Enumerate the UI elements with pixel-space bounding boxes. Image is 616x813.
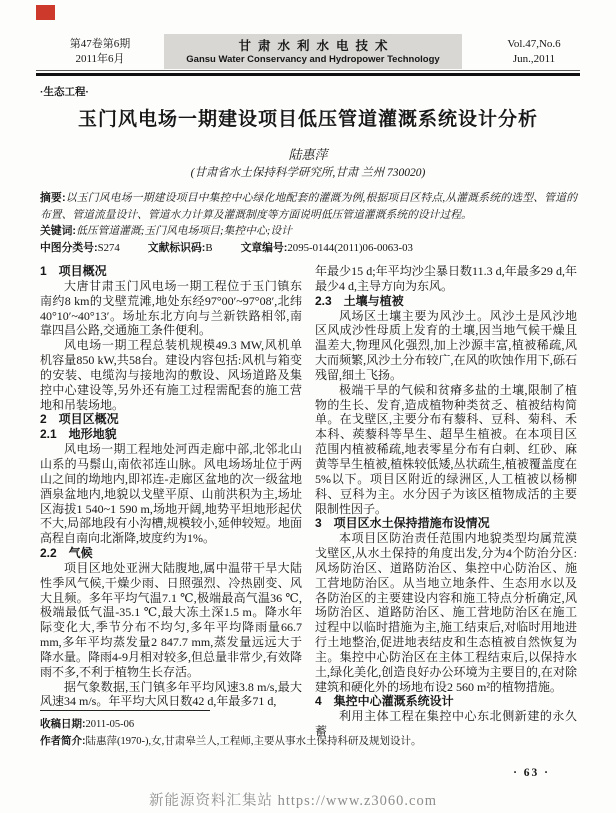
page-number: · 63 · — [513, 767, 550, 779]
journal-name-band: 甘肃水利水电技术 Gansu Water Conservancy and Hyd… — [164, 34, 462, 69]
doc-code-value: B — [205, 242, 212, 254]
section-heading: 3 项目区水土保持措施布设情况 — [315, 516, 577, 531]
abstract-label: 摘要: — [40, 192, 66, 204]
section-heading: 2.3 土壤与植被 — [315, 294, 577, 309]
footnote: 收稿日期:2011-05-06 作者简介:陆惠萍(1970-),女,甘肃皋兰人,… — [40, 710, 577, 750]
body-paragraph: 据气象数据,玉门镇多年平均风速3.8 m/s,最大风速34 m/s。年平均大风日… — [40, 680, 302, 710]
body-paragraph: 年最少15 d;年平均沙尘暴日数11.3 d,年最多29 d,年最少4 d,主导… — [315, 264, 577, 294]
section-heading: 2 项目区概况 — [40, 412, 302, 427]
doc-code-label: 文献标识码: — [148, 242, 206, 254]
issue-info: 第47卷第6期 2011年6月 — [36, 34, 164, 69]
section-heading: 2.2 气候 — [40, 546, 302, 561]
watermark-link[interactable]: 新能源资料汇集站 https://www.z3060.com — [0, 789, 616, 810]
article-author: 陆惠萍 — [0, 144, 616, 163]
right-column: 年最少15 d;年平均沙尘暴日数11.3 d,年最多29 d,年最少4 d,主导… — [315, 264, 577, 739]
classification-line: 中图分类号:S274文献标识码:B文章编号:2095-0144(2011)06-… — [40, 240, 577, 257]
article-title: 玉门风电场一期建设项目低压管道灌溉系统设计分析 — [0, 104, 616, 131]
header-rule-thick — [36, 73, 580, 76]
issue-volume: 第47卷第6期 — [36, 37, 164, 52]
clc-value: S274 — [98, 242, 120, 254]
received-value: 2011-05-06 — [86, 719, 135, 730]
body-paragraph: 风电场一期工程地处河西走廊中部,北邻北山山系的马鬃山,南依祁连山脉。风电场场址位… — [40, 442, 302, 546]
left-column: 1 项目概况 大唐甘肃玉门风电场一期工程位于玉门镇东南约8 km的戈壁荒滩,地处… — [40, 264, 302, 739]
keywords-label: 关键词: — [40, 225, 76, 237]
body-paragraph: 极端干旱的气候和贫瘠多盐的土壤,限制了植物的生长、发育,造成植物种类贫乏、植被结… — [315, 383, 577, 517]
journal-header: 第47卷第6期 2011年6月 甘肃水利水电技术 Gansu Water Con… — [36, 34, 580, 69]
section-heading: 2.1 地形地貌 — [40, 427, 302, 442]
article-id-value: 2095-0144(2011)06-0063-03 — [287, 242, 413, 254]
article-id-label: 文章编号: — [241, 242, 288, 254]
body-paragraph: 风场区土壤主要为风沙土。风沙土是风沙地区风成沙性母质上发育的土壤,因当地气候干燥… — [315, 309, 577, 383]
author-bio-line: 作者简介:陆惠萍(1970-),女,甘肃皋兰人,工程师,主要从事水土保持科研及规… — [40, 733, 577, 750]
red-stamp-icon — [36, 5, 55, 20]
body-paragraph: 项目区地处亚洲大陆腹地,属中温带干旱大陆性季风气候,干燥少雨、日照强烈、冷热剧变… — [40, 561, 302, 680]
abstract: 摘要:以玉门风电场一期建设项目中集控中心绿化地配套的灌溉为例,根据项目区特点,从… — [40, 190, 577, 223]
footnote-rule — [40, 710, 210, 711]
section-heading: 1 项目概况 — [40, 264, 302, 279]
keywords-text: 低压管道灌溉;玉门风电场项目;集控中心;设计 — [76, 225, 292, 237]
bio-label: 作者简介: — [40, 735, 86, 747]
journal-page: 第47卷第6期 2011年6月 甘肃水利水电技术 Gansu Water Con… — [0, 0, 616, 813]
issue-date: 2011年6月 — [36, 52, 164, 67]
received-label: 收稿日期: — [40, 718, 86, 730]
header-rule-thin — [36, 70, 580, 71]
article-body: 1 项目概况 大唐甘肃玉门风电场一期工程位于玉门镇东南约8 km的戈壁荒滩,地处… — [40, 264, 577, 739]
section-column-tag: ·生态工程· — [40, 84, 89, 99]
abstract-text: 以玉门风电场一期建设项目中集控中心绿化地配套的灌溉为例,根据项目区特点,从灌溉系… — [40, 192, 577, 221]
received-date-line: 收稿日期:2011-05-06 — [40, 716, 577, 733]
vol-info: Vol.47,No.6 Jun.,2011 — [488, 34, 580, 69]
journal-name-en: Gansu Water Conservancy and Hydropower T… — [164, 54, 462, 66]
article-meta: 摘要:以玉门风电场一期建设项目中集控中心绿化地配套的灌溉为例,根据项目区特点,从… — [40, 190, 577, 256]
section-heading: 4 集控中心灌溉系统设计 — [315, 694, 577, 709]
author-affiliation: (甘肃省水土保持科学研究所,甘肃 兰州 730020) — [0, 164, 616, 180]
vol-date: Jun.,2011 — [488, 52, 580, 67]
journal-name-cn: 甘肃水利水电技术 — [164, 36, 462, 54]
body-paragraph: 大唐甘肃玉门风电场一期工程位于玉门镇东南约8 km的戈壁荒滩,地处东经97°00… — [40, 279, 302, 338]
keywords: 关键词:低压管道灌溉;玉门风电场项目;集控中心;设计 — [40, 223, 577, 240]
body-paragraph: 风电场一期工程总装机规模49.3 MW,风机单机容量850 kW,共58台。建设… — [40, 338, 302, 412]
body-paragraph: 本项目区防治责任范围内地貌类型均属荒漠戈壁区,从水土保持的角度出发,分为4个防治… — [315, 531, 577, 694]
clc-label: 中图分类号: — [40, 242, 98, 254]
bio-value: 陆惠萍(1970-),女,甘肃皋兰人,工程师,主要从事水土保持科研及规划设计。 — [86, 736, 422, 747]
vol-number: Vol.47,No.6 — [488, 37, 580, 52]
